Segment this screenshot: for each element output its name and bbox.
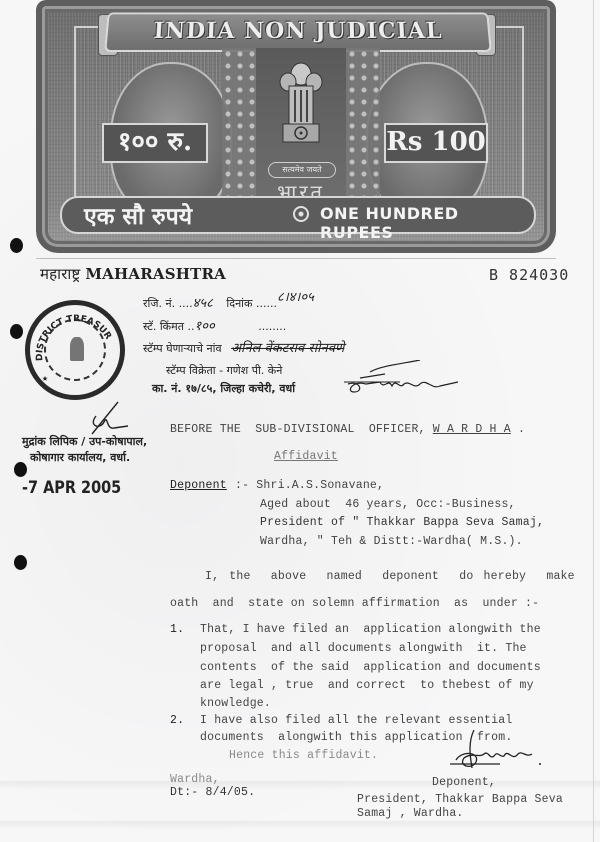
punch-hole [10, 324, 23, 339]
amount-words-hindi: एक सौ रुपये [84, 199, 192, 231]
point-1-line-5: knowledge. [200, 697, 271, 710]
heading-place: W A R D H A [433, 423, 511, 436]
district-treasury-seal: DISTRICT TREASURY ★ [25, 300, 125, 400]
reg-date-value: ८।४।०५ [277, 290, 314, 305]
buyer-label: स्टॅम्प घेणाऱ्याचे नांव [143, 342, 222, 355]
point-1-line-1: That, I have filed an application alongw… [200, 623, 541, 636]
ashoka-lion-emblem-icon [279, 60, 323, 155]
state-hindi: महाराष्ट्र [40, 265, 80, 283]
buyer-value: अनिल वेंकटराव सोनवणे [231, 341, 344, 356]
signatory-title-line-2: Samaj , Wardha. [357, 807, 464, 820]
point-1-line-4: are legal , true and correct to thebest … [200, 679, 534, 692]
reg-no-value: ४५८ [193, 296, 213, 311]
value-hindi: १०० रु. [102, 123, 208, 163]
amount-in-words-strip: एक सौ रुपये ONE HUNDRED RUPEES [60, 196, 536, 234]
intro-line-2: oath and state on solemn affirmation as … [170, 597, 539, 610]
treasury-office: कोषागार कार्यालय, वर्धा. [30, 450, 130, 465]
signatory-role: Deponent, [432, 776, 496, 789]
vendor-license: का. नं. १७/८५, जिल्हा कचेरी, वर्धा [152, 381, 295, 396]
clerk-title: मुद्रांक लिपिक / उप-कोषापाल, [22, 434, 147, 449]
stamp-price-label: स्टॅ. किंमत [143, 320, 184, 333]
reg-date-label: दिनांक [226, 297, 252, 310]
stamp-banner: INDIA NON JUDICIAL [104, 12, 492, 52]
seal-emblem-icon [70, 337, 84, 361]
buyer-line: स्टॅम्प घेणाऱ्याचे नांव अनिल वेंकटराव सो… [143, 338, 344, 356]
stamp-price-value: १०० [194, 319, 214, 334]
state-english: MAHARASHTRA [85, 265, 226, 283]
floral-vine-right [346, 48, 380, 208]
point-1-line-2: proposal and all documents alongwith it.… [200, 642, 527, 655]
vendor-name: स्टॅम्प विक्रेता - गणेश पी. केने [166, 363, 282, 378]
signatory-title-line-1: President, Thakkar Bappa Seva [357, 793, 563, 806]
non-judicial-stamp: INDIA NON JUDICIAL १०० रु. Rs 100 सत्यमे… [36, 0, 556, 253]
punch-hole [14, 555, 27, 570]
stamp-lower-rule [36, 258, 556, 259]
deponent-signature-icon [440, 728, 550, 778]
intro-line-1: I, the above named deponent do hereby ma… [205, 570, 575, 583]
deponent-line-4: Wardha, " Teh & Distt:-Wardha( M.S.). [260, 535, 523, 548]
heading-text: BEFORE THE SUB-DIVISIONAL OFFICER, [170, 423, 426, 436]
state-label: महाराष्ट्र MAHARASHTRA [40, 264, 226, 284]
amount-words-english: ONE HUNDRED RUPEES [320, 204, 534, 242]
point-2-line-1: I have also filed all the relevant essen… [200, 714, 512, 727]
point-1-line-3: contents of the said application and doc… [200, 661, 541, 674]
date-line: Dt:- 8/4/05. [170, 786, 255, 799]
stamp-serial-number: B 824030 [489, 266, 569, 284]
punch-hole [14, 462, 27, 477]
point-2-number: 2. [170, 714, 184, 727]
closing-line: Hence this affidavit. [229, 749, 378, 762]
deponent-line-1: :- Shri.A.S.Sonavane, [235, 479, 384, 492]
stamp-price-line: स्टॅ. किंमत ..१०० ........ [143, 316, 286, 334]
deponent-label: Deponent [170, 479, 227, 492]
ashoka-chakra-icon [293, 206, 309, 222]
treasury-date-stamp: -7 APR 2005 [22, 478, 121, 498]
registration-line: रजि. नं. ....४५८ दिनांक ......८।४।०५ [143, 293, 314, 311]
emblem-motto: सत्यमेव जयते [268, 162, 336, 178]
punch-hole [10, 238, 23, 253]
point-1-number: 1. [170, 623, 184, 636]
seal-star-icon: ★ [42, 373, 48, 385]
deponent-line-2: Aged about 46 years, Occ:-Business, [260, 498, 516, 511]
place: Wardha, [170, 773, 220, 786]
value-english: Rs 100 [384, 123, 488, 163]
stamp-banner-text: INDIA NON JUDICIAL [107, 18, 489, 44]
affidavit-heading: BEFORE THE SUB-DIVISIONAL OFFICER, W A R… [170, 423, 525, 436]
affidavit-title: Affidavit [274, 450, 338, 463]
deponent-line-3: President of " Thakkar Bappa Seva Samaj, [260, 516, 544, 529]
reg-no-label: रजि. नं. [143, 297, 175, 310]
page-edge [593, 0, 594, 842]
vendor-signature-icon [340, 360, 470, 400]
